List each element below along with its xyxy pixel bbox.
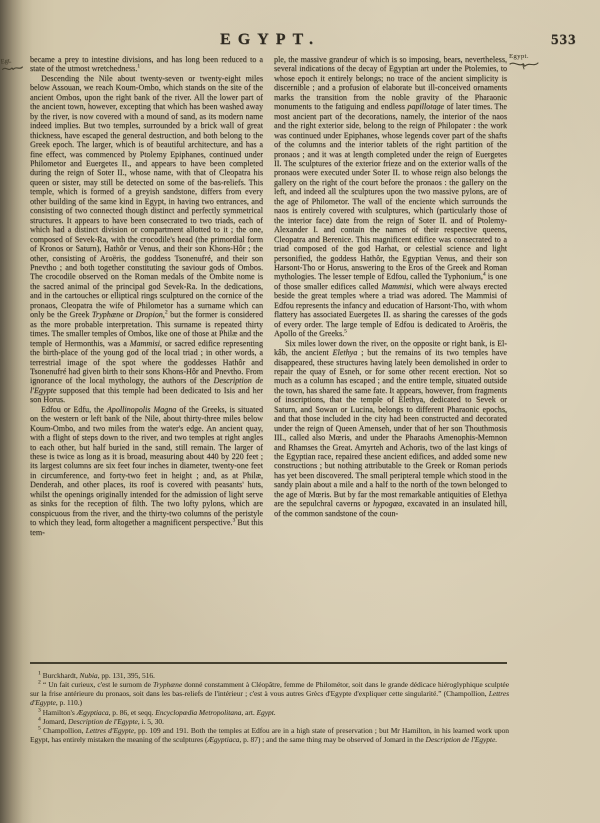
paragraph: 1 Burckhardt, Nubia, pp. 131, 395, 516. xyxy=(30,671,509,680)
text-run: Nubia xyxy=(80,671,98,680)
text-run: Hamilton's xyxy=(41,708,77,717)
page-number: 533 xyxy=(551,32,577,49)
left-column: became a prey to intestine divisions, an… xyxy=(30,55,263,657)
text-run: Mammisi xyxy=(130,339,160,348)
text-run: Burckhardt, xyxy=(41,671,80,680)
footnote-ref: 5 xyxy=(344,328,347,334)
page-title: EGYPT. xyxy=(0,31,540,49)
margin-note-right: Egypt. xyxy=(509,53,561,70)
text-run: supposed that this temple had been dedic… xyxy=(30,386,263,404)
text-run: , pp. 131, 395, 516. xyxy=(98,671,155,680)
book-page: EGYPT. 533 Egt. Egypt. became a prey to … xyxy=(0,0,600,823)
paragraph: Descending the Nile about twenty-seven o… xyxy=(30,74,263,405)
swash-flourish-icon xyxy=(509,61,539,70)
paragraph: became a prey to intestine divisions, an… xyxy=(30,55,263,74)
text-run: Encyclopædia Metropolitana xyxy=(155,708,241,717)
text-run: Egypt. xyxy=(257,708,276,717)
text-run: Edfou or Edfu, the xyxy=(41,405,107,414)
text-run: Descending the Nile about twenty-seven o… xyxy=(30,74,263,319)
footnote-rule xyxy=(30,662,507,664)
text-run: , p. 87) ; and the same thing may be obs… xyxy=(239,735,425,744)
text-run: hypogæa xyxy=(373,499,402,508)
text-run: Champollion, xyxy=(41,726,86,735)
text-run: Elethya xyxy=(333,348,358,357)
paragraph: 4 Jomard, Description de l'Egypte, i. 5,… xyxy=(30,717,509,726)
footnotes: 1 Burckhardt, Nubia, pp. 131, 395, 516.2… xyxy=(30,671,509,763)
text-block: became a prey to intestine divisions, an… xyxy=(30,55,508,657)
text-run: Apollinopolis Magna xyxy=(107,405,176,414)
paragraph: 5 Champollion, Lettres d'Egypte, pp. 109… xyxy=(30,726,509,744)
text-run: Ægyptiaca xyxy=(207,735,239,744)
paragraph: Six miles lower down the river, on the o… xyxy=(274,339,507,519)
text-run: Tryphæne xyxy=(92,310,124,319)
text-run: or xyxy=(124,310,136,319)
margin-note-left-label: Egt. xyxy=(0,57,12,65)
text-run: Lettres d'Egypte xyxy=(86,726,134,735)
paragraph: 3 Hamilton's Ægyptiaca, p. 86, et seqq. … xyxy=(30,708,509,717)
text-run: , art. xyxy=(241,708,256,717)
text-run: , i. 5, 30. xyxy=(138,717,164,726)
text-run: , p. 86, et seqq. xyxy=(109,708,156,717)
text-run: “ Un fait curieux, c'est le surnom de xyxy=(41,680,153,689)
text-run: Ægyptiaca xyxy=(77,708,109,717)
text-run: Jomard, xyxy=(41,717,68,726)
right-column: ple, the massive grandeur of which is so… xyxy=(274,55,507,657)
text-run: ; but the remains of its two temples hav… xyxy=(274,348,507,508)
text-run: Dropion, xyxy=(136,310,165,319)
text-run: Description de l'Egypte xyxy=(68,717,138,726)
text-run: Tryphæne xyxy=(153,680,182,689)
margin-note-right-label: Egypt. xyxy=(509,53,529,60)
text-run: Description de l'Egypte. xyxy=(426,735,498,744)
text-run: papillotage xyxy=(407,102,444,111)
text-run: , p. 110.) xyxy=(56,698,82,707)
paragraph: 2 “ Un fait curieux, c'est le surnom de … xyxy=(30,680,509,707)
paragraph: Edfou or Edfu, the Apollinopolis Magna o… xyxy=(30,405,263,537)
margin-note-left: Egt. xyxy=(0,55,28,73)
text-run: of later times. The most ancient part of… xyxy=(274,102,507,281)
text-run: became a prey to intestine divisions, an… xyxy=(30,55,263,73)
text-run: of the Greeks, is situated on the wester… xyxy=(30,405,263,527)
text-run: Mammisi xyxy=(381,282,411,291)
paragraph: ple, the massive grandeur of which is so… xyxy=(274,55,507,339)
footnote-ref: 1 xyxy=(137,64,140,70)
